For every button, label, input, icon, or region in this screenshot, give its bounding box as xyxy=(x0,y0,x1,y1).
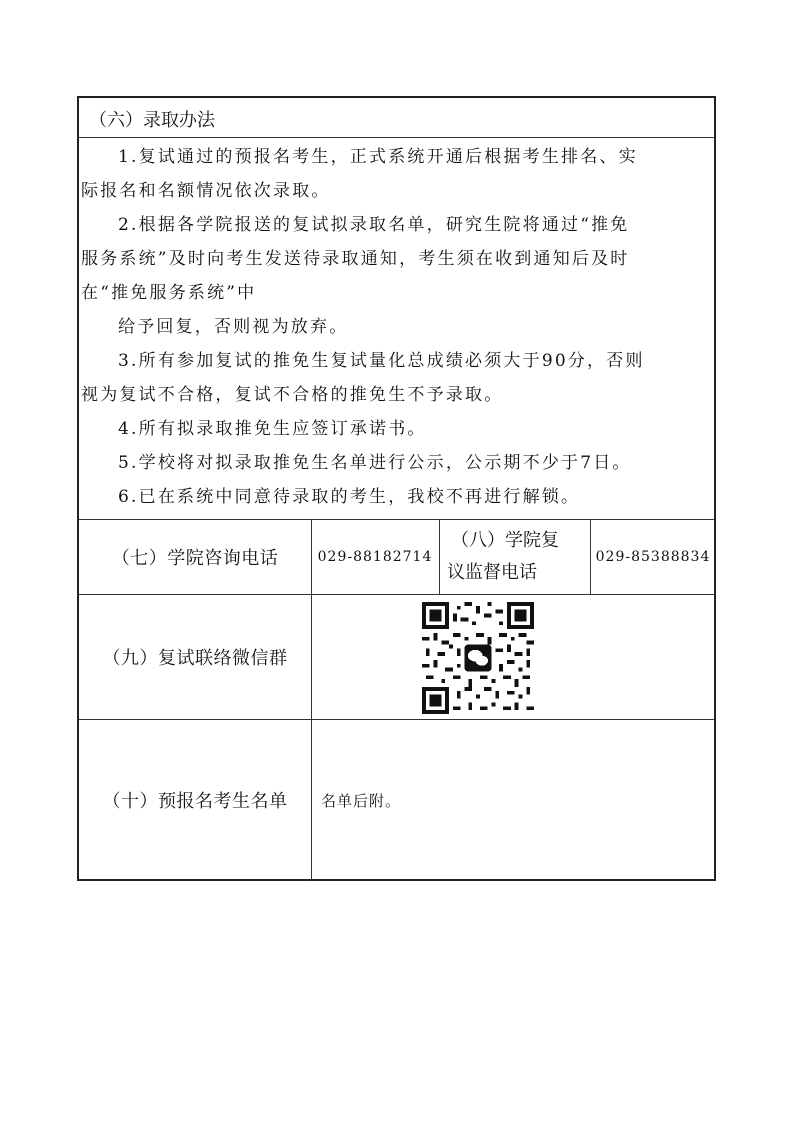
rule-1-line-1: 1.复试通过的预报名考生，正式系统开通后根据考生排名、实 xyxy=(81,140,713,174)
rule-3-line-1: 3.所有参加复试的推免生复试量化总成绩必须大于90分，否则 xyxy=(81,344,713,378)
rule-2-line-3: 在“推免服务系统”中 xyxy=(81,276,713,310)
section-7-label: （七）学院咨询电话 xyxy=(79,519,311,594)
rule-2-line-2: 服务系统”及时向考生发送待录取通知，考生须在收到通知后及时 xyxy=(81,242,713,276)
section-8-label-line-2: 议监督电话 xyxy=(439,557,590,589)
section-8-label-line-1: （八）学院复 xyxy=(439,525,590,557)
section-8-label: （八）学院复 议监督电话 xyxy=(439,519,590,594)
rule-3-line-2: 视为复试不合格，复试不合格的推免生不予录取。 xyxy=(81,378,713,412)
supervision-phone: 029-85388834 xyxy=(590,519,716,594)
rule-4: 4.所有拟录取推免生应签订承诺书。 xyxy=(81,412,713,446)
admission-info-table: （六）录取办法 1.复试通过的预报名考生，正式系统开通后根据考生排名、实 际报名… xyxy=(77,96,716,881)
section-9-label: （九）复试联络微信群 xyxy=(79,594,311,719)
wechat-qr-code-icon xyxy=(422,602,534,714)
rule-6: 6.已在系统中同意待录取的考生，我校不再进行解锁。 xyxy=(81,480,713,514)
rule-1-line-2: 际报名和名额情况依次录取。 xyxy=(81,174,713,208)
rule-2-line-4: 给予回复，否则视为放弃。 xyxy=(81,310,713,344)
rule-2-line-1: 2.根据各学院报送的复试拟录取名单，研究生院将通过“推免 xyxy=(81,208,713,242)
consult-phone: 029-88182714 xyxy=(311,519,439,594)
rule-5: 5.学校将对拟录取推免生名单进行公示，公示期不少于7日。 xyxy=(81,446,713,480)
section-6-heading: （六）录取办法 xyxy=(89,106,215,132)
candidate-list-note: 名单后附。 xyxy=(321,719,401,881)
section-10-label: （十）预报名考生名单 xyxy=(79,719,311,881)
divider xyxy=(79,137,714,138)
section-6-body: 1.复试通过的预报名考生，正式系统开通后根据考生排名、实 际报名和名额情况依次录… xyxy=(81,140,713,514)
